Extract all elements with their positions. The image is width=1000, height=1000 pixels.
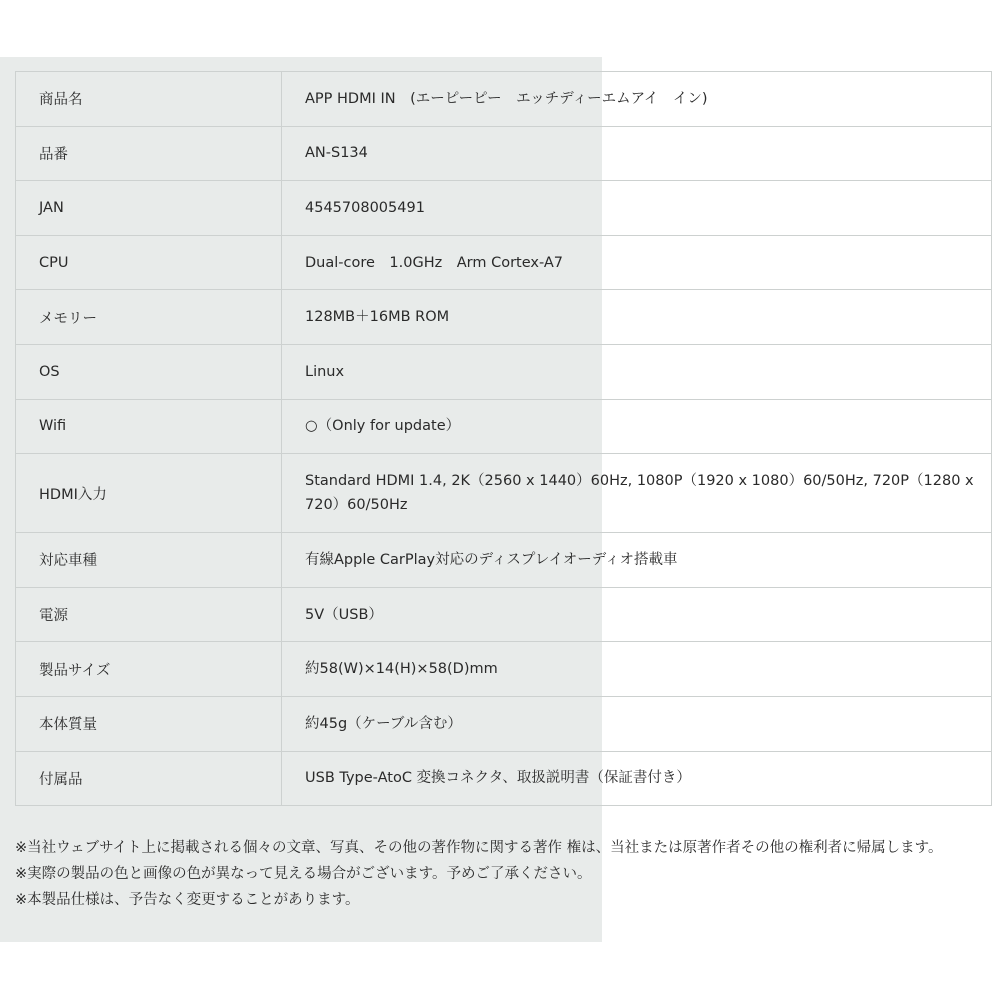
table-row: JAN4545708005491	[16, 181, 992, 236]
row-value: Linux	[282, 344, 992, 399]
row-label: 電源	[16, 587, 282, 642]
row-label: 品番	[16, 126, 282, 181]
row-value: 約58(W)×14(H)×58(D)mm	[282, 642, 992, 697]
table-row: 付属品USB Type-AtoC 変換コネクタ、取扱説明書（保証書付き）	[16, 751, 992, 806]
row-label: メモリー	[16, 290, 282, 345]
row-label: 付属品	[16, 751, 282, 806]
table-row: 電源5V（USB）	[16, 587, 992, 642]
table-row: HDMI入力Standard HDMI 1.4, 2K（2560 x 1440）…	[16, 454, 992, 533]
row-value: AN-S134	[282, 126, 992, 181]
spec-table: 商品名APP HDMI IN (エーピーピー エッチディーエムアイ イン) 品番…	[15, 71, 992, 806]
row-label: Wifi	[16, 399, 282, 454]
table-row: 製品サイズ約58(W)×14(H)×58(D)mm	[16, 642, 992, 697]
row-value: Dual-core 1.0GHz Arm Cortex-A7	[282, 235, 992, 290]
row-value: USB Type-AtoC 変換コネクタ、取扱説明書（保証書付き）	[282, 751, 992, 806]
table-row: 商品名APP HDMI IN (エーピーピー エッチディーエムアイ イン)	[16, 72, 992, 127]
row-value: Standard HDMI 1.4, 2K（2560 x 1440）60Hz, …	[282, 454, 992, 533]
table-row: Wifi○（Only for update）	[16, 399, 992, 454]
row-value: ○（Only for update）	[282, 399, 992, 454]
row-label: 製品サイズ	[16, 642, 282, 697]
row-label: 本体質量	[16, 696, 282, 751]
note-spec-change: ※本製品仕様は、予告なく変更することがあります。	[15, 887, 990, 913]
table-row: 対応車種有線Apple CarPlay対応のディスプレイオーディオ搭載車	[16, 533, 992, 588]
row-value: 約45g（ケーブル含む）	[282, 696, 992, 751]
row-label: 商品名	[16, 72, 282, 127]
note-copyright: ※当社ウェブサイト上に掲載される個々の文章、写真、その他の著作物に関する著作 権…	[15, 835, 990, 861]
notes: ※当社ウェブサイト上に掲載される個々の文章、写真、その他の著作物に関する著作 権…	[15, 835, 990, 913]
row-label: OS	[16, 344, 282, 399]
table-row: OSLinux	[16, 344, 992, 399]
row-value: 128MB＋16MB ROM	[282, 290, 992, 345]
row-label: HDMI入力	[16, 454, 282, 533]
row-label: JAN	[16, 181, 282, 236]
row-label: CPU	[16, 235, 282, 290]
note-color: ※実際の製品の色と画像の色が異なって見える場合がございます。予めご了承ください。	[15, 861, 990, 887]
table-row: メモリー128MB＋16MB ROM	[16, 290, 992, 345]
table-row: 本体質量約45g（ケーブル含む）	[16, 696, 992, 751]
row-value: APP HDMI IN (エーピーピー エッチディーエムアイ イン)	[282, 72, 992, 127]
row-value: 4545708005491	[282, 181, 992, 236]
row-value: 5V（USB）	[282, 587, 992, 642]
table-row: CPUDual-core 1.0GHz Arm Cortex-A7	[16, 235, 992, 290]
row-value: 有線Apple CarPlay対応のディスプレイオーディオ搭載車	[282, 533, 992, 588]
row-label: 対応車種	[16, 533, 282, 588]
table-row: 品番AN-S134	[16, 126, 992, 181]
